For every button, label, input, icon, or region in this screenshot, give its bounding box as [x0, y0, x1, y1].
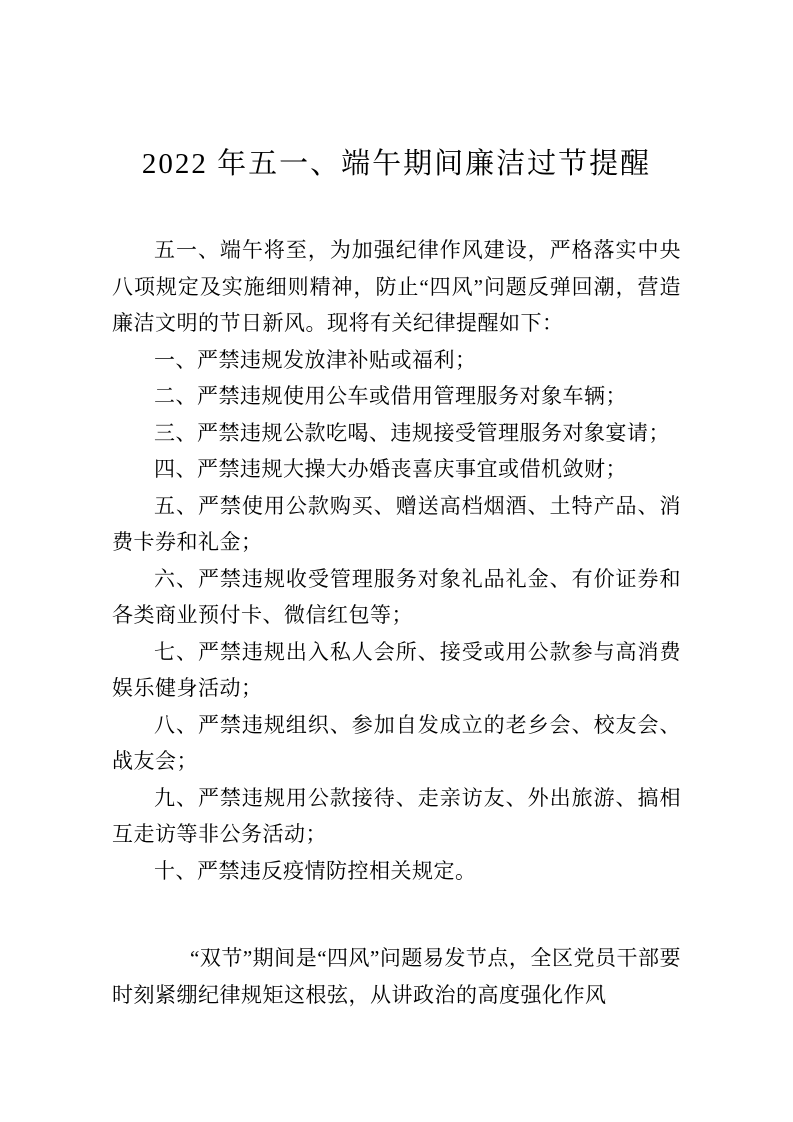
list-item-2: 二、严禁违规使用公车或借用管理服务对象车辆； — [112, 378, 681, 415]
list-item-9: 九、严禁违规用公款接待、走亲访友、外出旅游、搞相互走访等非公务活动； — [112, 780, 681, 853]
intro-paragraph: 五一、端午将至，为加强纪律作风建设，严格落实中央八项规定及实施细则精神，防止“四… — [112, 232, 681, 342]
list-item-6: 六、严禁违规收受管理服务对象礼品礼金、有价证券和各类商业预付卡、微信红包等； — [112, 561, 681, 634]
closing-paragraph: “双节”期间是“四风”问题易发节点，全区党员干部要时刻紧绷纪律规矩这根弦，从讲政… — [112, 940, 681, 1013]
list-item-3: 三、严禁违规公款吃喝、违规接受管理服务对象宴请； — [112, 415, 681, 452]
list-item-5: 五、严禁使用公款购买、赠送高档烟酒、土特产品、消费卡券和礼金； — [112, 488, 681, 561]
document-page: 2022 年五一、端午期间廉洁过节提醒 五一、端午将至，为加强纪律作风建设，严格… — [0, 0, 793, 1122]
list-item-7: 七、严禁违规出入私人会所、接受或用公款参与高消费娱乐健身活动； — [112, 634, 681, 707]
list-item-4: 四、严禁违规大操大办婚丧喜庆事宜或借机敛财； — [112, 451, 681, 488]
list-item-8: 八、严禁违规组织、参加自发成立的老乡会、校友会、战友会； — [112, 707, 681, 780]
list-item-1: 一、严禁违规发放津补贴或福利； — [112, 342, 681, 379]
list-item-10: 十、严禁违反疫情防控相关规定。 — [112, 853, 681, 890]
document-title: 2022 年五一、端午期间廉洁过节提醒 — [112, 143, 681, 186]
